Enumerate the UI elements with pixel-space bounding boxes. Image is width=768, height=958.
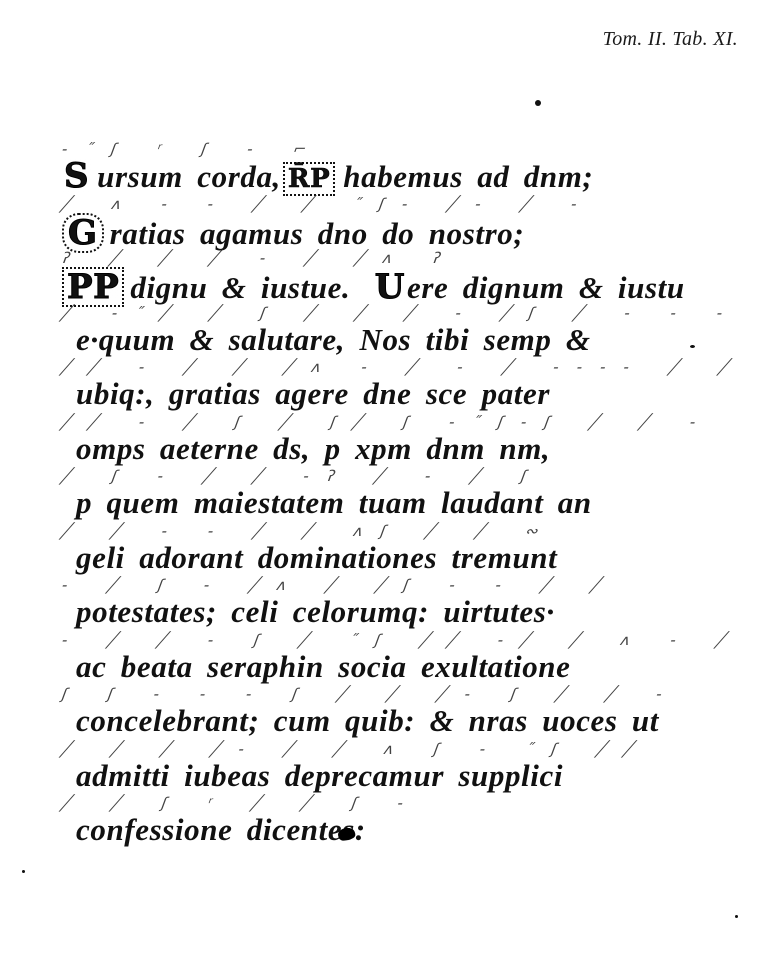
ink-speck: [735, 915, 738, 918]
manuscript-line-4: ╱ ‐˝╱ ╱ ʃ ╱ ╱ ╱ ‐ ╱ʃ ╱ ‐ ‐ ‐ e·quum & sa…: [62, 304, 712, 359]
line-text: p quem maiestatem tuam laudant an: [76, 485, 592, 521]
neume-notation: ╱ ╱ ʃ ʳ ╱ ╱ ʃ ‐: [58, 794, 715, 814]
neume-notation: ╱╱ ‐ ╱ ʃ ╱ ʃ╱ ʃ ‐˝ʃ‐ʃ ╱ ╱ ‐: [58, 413, 715, 433]
neume-notation: ‐ ╱ ʃ ‐ ╱ʌ ╱ ╱ʃ ‐ ‐ ╱ ╱: [58, 576, 715, 596]
manuscript-line-6: ╱╱ ‐ ╱ ʃ ╱ ʃ╱ ʃ ‐˝ʃ‐ʃ ╱ ╱ ‐ omps aeterne…: [62, 413, 712, 468]
manuscript-text-block: ‐˝ʃ ʳ ʃ ‐ ⌐ Sursum corda,R̄Phabemus ad d…: [62, 140, 712, 849]
manuscript-line-1: ‐˝ʃ ʳ ʃ ‐ ⌐ Sursum corda,R̄Phabemus ad d…: [62, 140, 712, 195]
decorated-initial-s: S: [62, 158, 91, 194]
line-text: omps aeterne ds, p xpm dnm nm,: [76, 431, 550, 467]
line-text: geli adorant dominationes tremunt: [76, 540, 557, 576]
decorated-initial-g: G: [62, 213, 104, 253]
line-text: e·quum & salutare, Nos tibi semp &: [76, 322, 591, 358]
manuscript-line-10: ‐ ╱ ╱ ‐ ʃ ╱ ˝ʃ ╱╱ ‐╱ ╱ ʌ ‐ ╱ ac beata se…: [62, 631, 712, 686]
line-text: admitti iubeas deprecamur supplici: [76, 758, 563, 794]
manuscript-line-13: ╱ ╱ ʃ ʳ ╱ ╱ ʃ ‐ confessione dicentes:: [62, 794, 712, 849]
decorated-initial-u: U: [373, 269, 407, 305]
manuscript-line-9: ‐ ╱ ʃ ‐ ╱ʌ ╱ ╱ʃ ‐ ‐ ╱ ╱ potestates; celi…: [62, 576, 712, 631]
manuscript-line-7: ╱ ʃ ‐ ╱ ╱ ‐ʔ ╱ ‐ ╱ ʃ p quem maiestatem t…: [62, 467, 712, 522]
line-text: ubiq:, gratias agere dne sce pater: [76, 376, 550, 412]
manuscript-line-3: ʔ ╱ ╱ ╱ ‐ ╱ ╱ʌ ʔ PPdignu & iustue. Uere …: [62, 249, 712, 304]
line-text: confessione dicentes:: [76, 812, 366, 848]
manuscript-line-8: ╱ ╱ ‐ ‐ ╱ ╱ ʌʃ ╱ ╱ ∾ geli adorant domina…: [62, 522, 712, 577]
line-text: ere dignum & iustu: [407, 270, 685, 305]
line-text: concelebrant; cum quib: & nras uoces ut: [76, 703, 659, 739]
line-text: ratias agamus dno do nostro;: [110, 216, 525, 251]
manuscript-line-11: ʃ ʃ ‐ ‐ ‐ ʃ ╱ ╱ ╱‐ ʃ ╱ ╱ ‐ concelebrant;…: [62, 685, 712, 740]
manuscript-line-2: ╱ ʌ ‐ ‐ ╱ ╱ ˝ʃ‐ ╱‐ ╱ ‐ Gratias agamus dn…: [62, 195, 712, 250]
neume-notation: ╱ ‐˝╱ ╱ ʃ ╱ ╱ ╱ ‐ ╱ʃ ╱ ‐ ‐ ‐: [58, 304, 715, 324]
neume-notation: ╱ ╱ ╱ ╱‐ ╱ ╱ ʌ ʃ ‐ ˝ʃ ╱╱: [58, 740, 715, 760]
neume-notation: ʔ ╱ ╱ ╱ ‐ ╱ ╱ʌ ʔ: [58, 249, 715, 269]
neume-notation: ‐ ╱ ╱ ‐ ʃ ╱ ˝ʃ ╱╱ ‐╱ ╱ ʌ ‐ ╱: [58, 631, 715, 651]
neume-notation: ʃ ʃ ‐ ‐ ‐ ʃ ╱ ╱ ╱‐ ʃ ╱ ╱ ‐: [58, 685, 715, 705]
neume-notation: ╱ ╱ ‐ ‐ ╱ ╱ ʌʃ ╱ ╱ ∾: [58, 522, 715, 542]
manuscript-line-5: ╱╱ ‐ ╱ ╱ ╱ʌ ‐ ╱ ‐ ╱ ‐‐‐‐ ╱ ╱ ubiq:, grat…: [62, 358, 712, 413]
line-text: dignu & iustue.: [130, 270, 350, 305]
neume-notation: ‐˝ʃ ʳ ʃ ‐ ⌐: [58, 140, 715, 160]
neume-notation: ╱╱ ‐ ╱ ╱ ╱ʌ ‐ ╱ ‐ ╱ ‐‐‐‐ ╱ ╱: [58, 358, 715, 378]
plate-label: Tom. II. Tab. XI.: [603, 28, 738, 51]
neume-notation: ╱ ʌ ‐ ‐ ╱ ╱ ˝ʃ‐ ╱‐ ╱ ‐: [58, 195, 715, 215]
ink-speck: [22, 870, 25, 873]
line-text: ac beata seraphin socia exultatione: [76, 649, 571, 685]
line-text: potestates; celi celorumq: uirtutes·: [76, 594, 555, 630]
response-rubric: R̄P: [283, 162, 335, 196]
decorated-initial-pp: PP: [62, 267, 124, 307]
neume-notation: ╱ ʃ ‐ ╱ ╱ ‐ʔ ╱ ‐ ╱ ʃ: [58, 467, 715, 487]
ink-speck: [535, 100, 541, 106]
manuscript-line-12: ╱ ╱ ╱ ╱‐ ╱ ╱ ʌ ʃ ‐ ˝ʃ ╱╱ admitti iubeas …: [62, 740, 712, 795]
line-text: ursum corda,: [97, 159, 281, 194]
line-text: habemus ad dnm;: [343, 159, 593, 194]
